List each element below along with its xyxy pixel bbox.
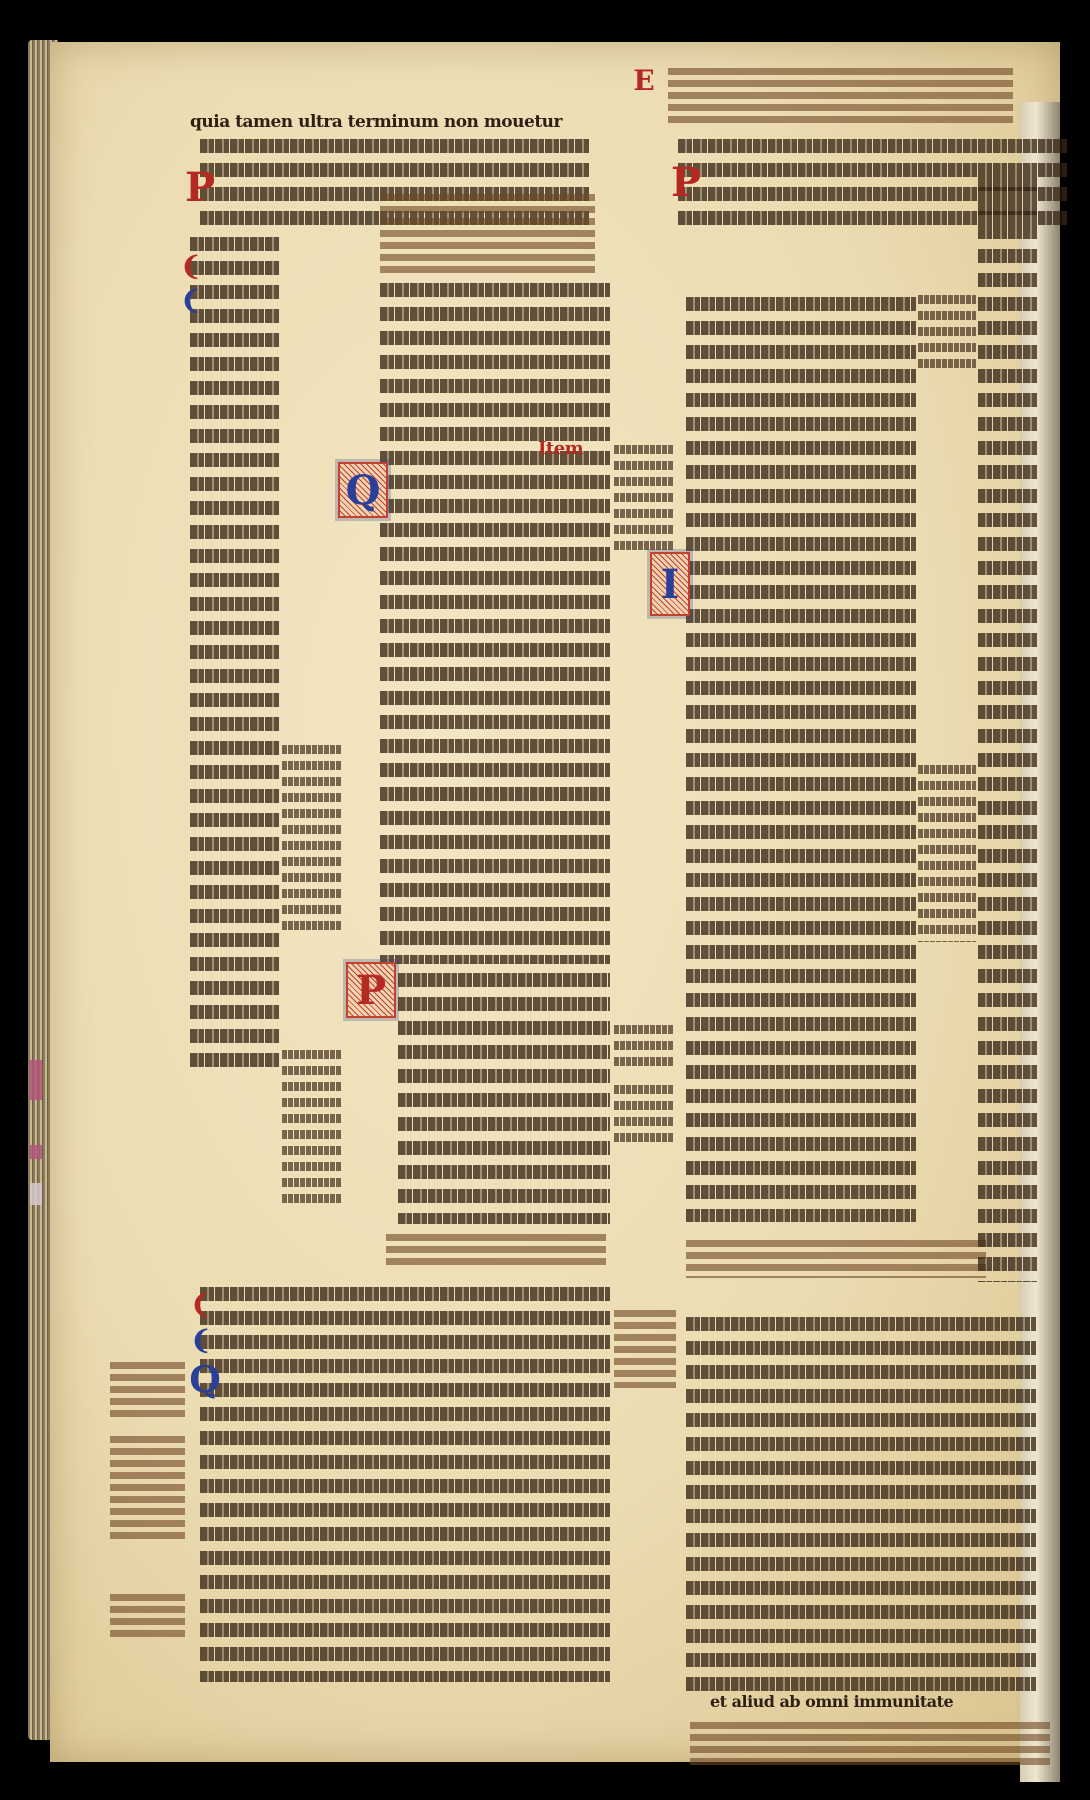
gloss-initial-e: E	[628, 64, 660, 96]
right-footnote-gloss	[686, 1238, 986, 1278]
margin-note	[110, 1360, 185, 1420]
side-gloss	[614, 1082, 674, 1142]
gloss-column-right	[978, 172, 1038, 1282]
bookmark-tab	[30, 1145, 42, 1159]
side-gloss	[614, 442, 674, 552]
initial-i-decorated: I	[650, 552, 690, 616]
side-gloss	[614, 1022, 674, 1070]
interlinear-gloss	[282, 742, 342, 932]
side-gloss	[918, 292, 976, 372]
paraph-mark: ❨	[180, 288, 202, 314]
main-text-center-lower	[398, 968, 610, 1224]
center-gloss	[380, 192, 595, 274]
center-footnote-gloss	[386, 1232, 606, 1266]
bookmark-tab	[30, 1060, 42, 1100]
side-gloss	[918, 762, 976, 942]
manuscript-page: E quia tamen ultra terminum non mouetur …	[50, 42, 1060, 1762]
closing-line: et aliud ab omni immunitate	[710, 1692, 953, 1711]
main-text-left-narrow	[190, 232, 280, 1072]
interlinear-gloss	[282, 1047, 342, 1207]
margin-note	[110, 1592, 185, 1642]
main-text-right	[686, 292, 916, 1222]
top-gloss-text	[668, 66, 1013, 126]
initial-q-decorated: Q	[338, 462, 388, 518]
initial-p-red: P	[182, 166, 218, 208]
margin-note	[110, 1434, 185, 1544]
main-text-lower-left	[200, 1282, 610, 1682]
footer-gloss	[690, 1720, 1050, 1768]
initial-q-blue: Q	[188, 1360, 222, 1400]
bookmark-tab	[30, 1183, 42, 1205]
main-text-lower-right	[686, 1312, 1036, 1692]
margin-note	[614, 1308, 676, 1388]
initial-p-decorated: P	[346, 962, 396, 1018]
main-text-center	[380, 278, 610, 964]
paraph-mark: ❨	[180, 254, 202, 280]
header-line: quia tamen ultra terminum non mouetur	[190, 112, 562, 132]
rubric-item: Item	[538, 438, 583, 459]
paraph-mark: ❨	[190, 1292, 212, 1318]
paraph-mark: ❨	[190, 1328, 212, 1354]
initial-p-red-right: P	[668, 160, 704, 204]
